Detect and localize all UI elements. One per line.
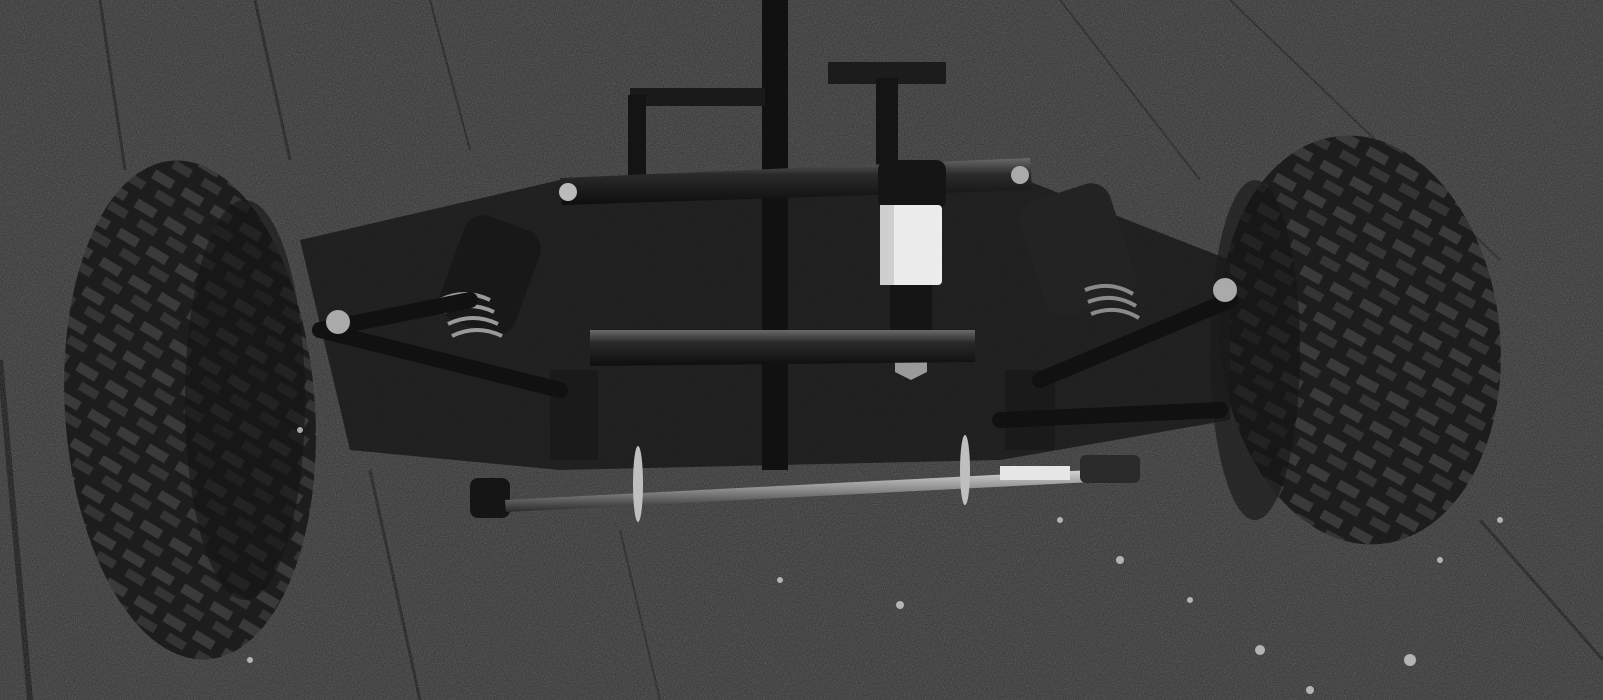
photograph: Black-and-white photograph of a homemade… — [0, 0, 1603, 700]
lower-cross-tube — [590, 330, 975, 366]
left-ball-joint — [326, 310, 350, 334]
right-ball-joint — [1213, 278, 1237, 302]
suspension-scene — [0, 0, 1603, 700]
